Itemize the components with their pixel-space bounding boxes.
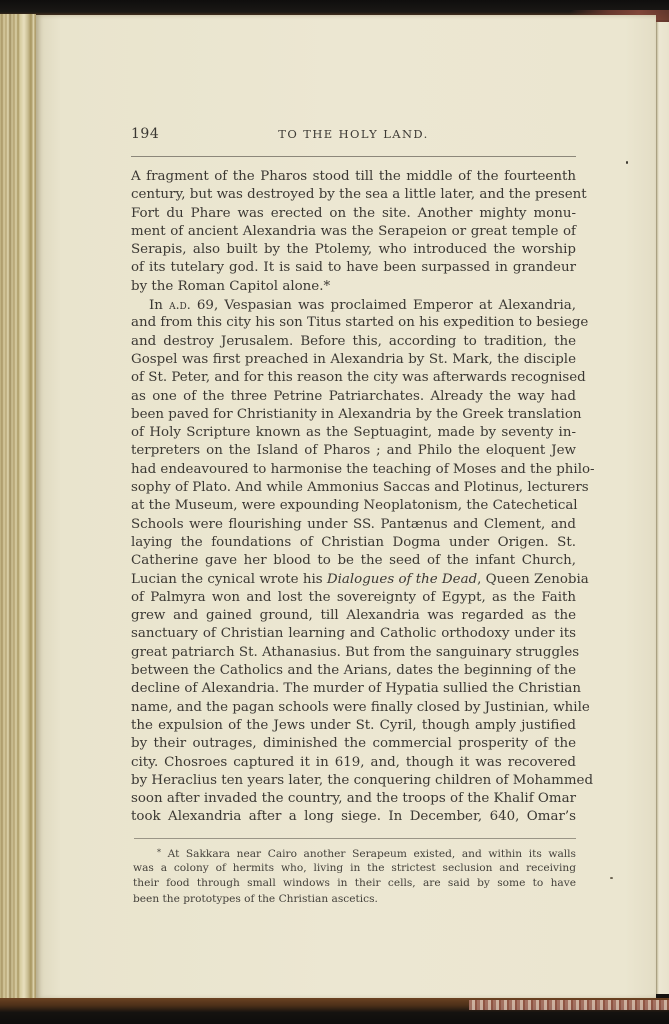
text-segment: Lucian the cynical wrote his xyxy=(131,572,327,587)
text-segment: Gospel was first preached in Alexandria … xyxy=(131,352,576,367)
text-segment: Schools were flourishing under SS. Pantæ… xyxy=(131,517,576,532)
footnote-line: their food through small windows in thei… xyxy=(133,876,576,892)
text-segment: ment of ancient Alexandria was the Serap… xyxy=(131,224,576,239)
body-text: A fragment of the Pharos stood till the … xyxy=(131,168,576,827)
text-segment: grew and gained ground, till Alexandria … xyxy=(131,608,576,623)
text-segment: , Queen Zenobia xyxy=(477,572,589,587)
text-line: Fort du Phare was erected on the site. A… xyxy=(131,205,576,223)
book-page: 194 TO THE HOLY LAND. A fragment of the … xyxy=(36,15,656,999)
footnote-line: was a colony of hermits who, living in t… xyxy=(133,861,576,877)
running-head: 194 TO THE HOLY LAND. xyxy=(131,126,576,146)
text-segment: of Holy Scripture known as the Septuagin… xyxy=(131,425,576,440)
text-segment: and destroy Jerusalem. Before this, acco… xyxy=(131,334,576,349)
text-segment: Fort du Phare was erected on the site. A… xyxy=(131,206,576,221)
text-segment: by Heraclius ten years later, the conque… xyxy=(131,773,593,788)
text-line: great patriarch St. Athanasius. But from… xyxy=(131,644,576,662)
text-segment: decline of Alexandria. The murder of Hyp… xyxy=(131,681,581,696)
text-segment: of Palmyra won and lost the sovereignty … xyxy=(131,590,576,605)
text-line: been paved for Christianity in Alexandri… xyxy=(131,406,576,424)
text-segment: took Alexandria after a long siege. In D… xyxy=(131,809,576,824)
text-line: of its tutelary god. It is said to have … xyxy=(131,259,576,277)
text-line: by Heraclius ten years later, the conque… xyxy=(131,772,576,790)
text-segment: city. Chosroes captured it in 619, and, … xyxy=(131,755,576,770)
footnote-line: * At Sakkara near Cairo another Serapeum… xyxy=(133,845,576,861)
book-headband xyxy=(469,1000,669,1010)
text-line: of Palmyra won and lost the sovereignty … xyxy=(131,589,576,607)
text-line: the expulsion of the Jews under St. Cyri… xyxy=(131,717,576,735)
text-segment: of St. Peter, and for this reason the ci… xyxy=(131,370,586,385)
text-line: century, but was destroyed by the sea a … xyxy=(131,186,576,204)
text-line: sanctuary of Christian learning and Cath… xyxy=(131,625,576,643)
text-line: took Alexandria after a long siege. In D… xyxy=(131,808,576,826)
text-segment: 69, Vespasian was proclaimed Emperor at … xyxy=(191,298,576,313)
text-line: terpreters on the Island of Pharos ; and… xyxy=(131,442,576,460)
text-line: laying the foundations of Christian Dogm… xyxy=(131,534,576,552)
text-segment: terpreters on the Island of Pharos ; and… xyxy=(131,443,576,458)
text-line: soon after invaded the country, and the … xyxy=(131,790,576,808)
paper-speck xyxy=(610,877,613,879)
footnote-text: At Sakkara near Cairo another Serapeum e… xyxy=(168,848,576,860)
text-line: grew and gained ground, till Alexandria … xyxy=(131,607,576,625)
text-line: Lucian the cynical wrote his Dialogues o… xyxy=(131,571,576,589)
text-line: by their outrages, diminished the commer… xyxy=(131,735,576,753)
text-segment: between the Catholics and the Arians, da… xyxy=(131,663,576,678)
footnote: * At Sakkara near Cairo another Serapeum… xyxy=(133,845,576,907)
text-segment: by the Roman Capitol alone.* xyxy=(131,279,330,294)
text-line: name, and the pagan schools were finally… xyxy=(131,699,576,717)
text-segment: sanctuary of Christian learning and Cath… xyxy=(131,626,576,641)
text-segment: sophy of Plato. And while Ammonius Sacca… xyxy=(131,480,589,495)
text-line: Serapis, also built by the Ptolemy, who … xyxy=(131,241,576,259)
text-line: sophy of Plato. And while Ammonius Sacca… xyxy=(131,479,576,497)
text-segment: the expulsion of the Jews under St. Cyri… xyxy=(131,718,576,733)
text-segment: as one of the three Petrine Patriarchate… xyxy=(131,389,576,404)
footnote-line: been the prototypes of the Christian asc… xyxy=(133,892,576,908)
text-segment: century, but was destroyed by the sea a … xyxy=(131,187,587,202)
text-segment: In xyxy=(149,298,169,313)
text-segment: name, and the pagan schools were finally… xyxy=(131,700,590,715)
text-line: A fragment of the Pharos stood till the … xyxy=(131,168,576,186)
footnote-rule xyxy=(134,838,576,839)
text-segment: a.d. xyxy=(169,297,191,312)
paper-speck xyxy=(626,161,628,164)
text-segment: been paved for Christianity in Alexandri… xyxy=(131,407,582,422)
text-segment: at the Museum, were expounding Neoplaton… xyxy=(131,498,578,513)
text-segment: A fragment of the Pharos stood till the … xyxy=(131,169,576,184)
text-segment: laying the foundations of Christian Dogm… xyxy=(131,535,576,550)
text-segment: of its tutelary god. It is said to have … xyxy=(131,260,576,275)
text-line: Catherine gave her blood to be the seed … xyxy=(131,552,576,570)
text-line: city. Chosroes captured it in 619, and, … xyxy=(131,754,576,772)
text-segment: soon after invaded the country, and the … xyxy=(131,791,576,806)
next-page-edge xyxy=(656,22,669,994)
text-line: ment of ancient Alexandria was the Serap… xyxy=(131,223,576,241)
text-segment: great patriarch St. Athanasius. But from… xyxy=(131,645,579,660)
footnote-marker: * xyxy=(157,848,161,857)
italic-title: Dialogues of the Dead xyxy=(327,572,477,587)
text-line: decline of Alexandria. The murder of Hyp… xyxy=(131,680,576,698)
text-line: had endeavoured to harmonise the teachin… xyxy=(131,461,576,479)
text-segment: Catherine gave her blood to be the seed … xyxy=(131,553,576,568)
text-segment: and from this city his son Titus started… xyxy=(131,315,588,330)
text-line: of St. Peter, and for this reason the ci… xyxy=(131,369,576,387)
text-line: as one of the three Petrine Patriarchate… xyxy=(131,388,576,406)
running-title: TO THE HOLY LAND. xyxy=(131,127,576,141)
text-segment: by their outrages, diminished the commer… xyxy=(131,736,576,751)
footnote-text: been the prototypes of the Christian asc… xyxy=(133,893,378,905)
text-line: Schools were flourishing under SS. Pantæ… xyxy=(131,516,576,534)
footnote-text: their food through small windows in thei… xyxy=(133,877,576,889)
page-stack-edges xyxy=(0,14,36,998)
text-line: and from this city his son Titus started… xyxy=(131,314,576,332)
text-line: between the Catholics and the Arians, da… xyxy=(131,662,576,680)
text-line: and destroy Jerusalem. Before this, acco… xyxy=(131,333,576,351)
text-segment: Serapis, also built by the Ptolemy, who … xyxy=(131,242,576,257)
text-line: of Holy Scripture known as the Septuagin… xyxy=(131,424,576,442)
text-line: Gospel was first preached in Alexandria … xyxy=(131,351,576,369)
text-segment: had endeavoured to harmonise the teachin… xyxy=(131,462,595,477)
text-line: by the Roman Capitol alone.* xyxy=(131,278,576,296)
text-line: at the Museum, were expounding Neoplaton… xyxy=(131,497,576,515)
footnote-text: was a colony of hermits who, living in t… xyxy=(133,862,576,874)
text-line: In a.d. 69, Vespasian was proclaimed Emp… xyxy=(131,296,576,314)
header-rule xyxy=(131,156,576,157)
